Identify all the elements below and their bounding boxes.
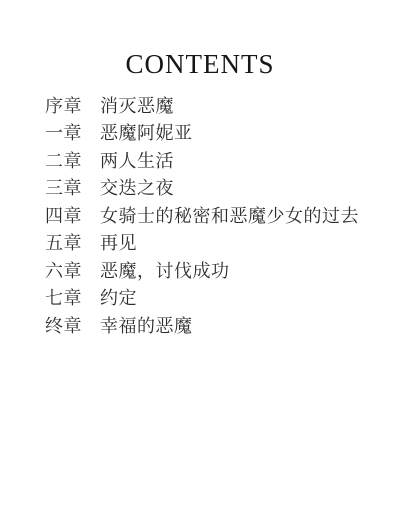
page-title: CONTENTS bbox=[0, 0, 400, 80]
chapter-label: 三章 bbox=[45, 175, 100, 203]
chapter-title: 消灭恶魔 bbox=[100, 93, 380, 121]
chapter-title: 恶魔阿妮亚 bbox=[100, 120, 380, 148]
toc-row: 六章 恶魔，讨伐成功 bbox=[45, 258, 380, 286]
chapter-label: 六章 bbox=[45, 258, 100, 286]
chapter-title: 女骑士的秘密和恶魔少女的过去 bbox=[100, 203, 380, 231]
toc-row: 一章 恶魔阿妮亚 bbox=[45, 120, 380, 148]
chapter-title: 交迭之夜 bbox=[100, 175, 380, 203]
chapter-label: 二章 bbox=[45, 148, 100, 176]
chapter-title: 再见 bbox=[100, 230, 380, 258]
toc-row: 二章 两人生活 bbox=[45, 148, 380, 176]
chapter-title: 恶魔，讨伐成功 bbox=[100, 258, 380, 286]
toc-row: 序章 消灭恶魔 bbox=[45, 93, 380, 121]
toc-row: 五章 再见 bbox=[45, 230, 380, 258]
chapter-title: 约定 bbox=[100, 285, 380, 313]
chapter-title: 幸福的恶魔 bbox=[100, 313, 380, 341]
chapter-title: 两人生活 bbox=[100, 148, 380, 176]
contents-page: CONTENTS 序章 消灭恶魔 一章 恶魔阿妮亚 二章 两人生活 三章 交迭之… bbox=[0, 0, 400, 517]
toc-row: 七章 约定 bbox=[45, 285, 380, 313]
chapter-label: 终章 bbox=[45, 313, 100, 341]
toc-list: 序章 消灭恶魔 一章 恶魔阿妮亚 二章 两人生活 三章 交迭之夜 四章 女骑士的… bbox=[45, 93, 380, 341]
chapter-label: 七章 bbox=[45, 285, 100, 313]
toc-row: 三章 交迭之夜 bbox=[45, 175, 380, 203]
chapter-label: 序章 bbox=[45, 93, 100, 121]
chapter-label: 五章 bbox=[45, 230, 100, 258]
chapter-label: 四章 bbox=[45, 203, 100, 231]
toc-row: 终章 幸福的恶魔 bbox=[45, 313, 380, 341]
chapter-label: 一章 bbox=[45, 120, 100, 148]
toc-row: 四章 女骑士的秘密和恶魔少女的过去 bbox=[45, 203, 380, 231]
